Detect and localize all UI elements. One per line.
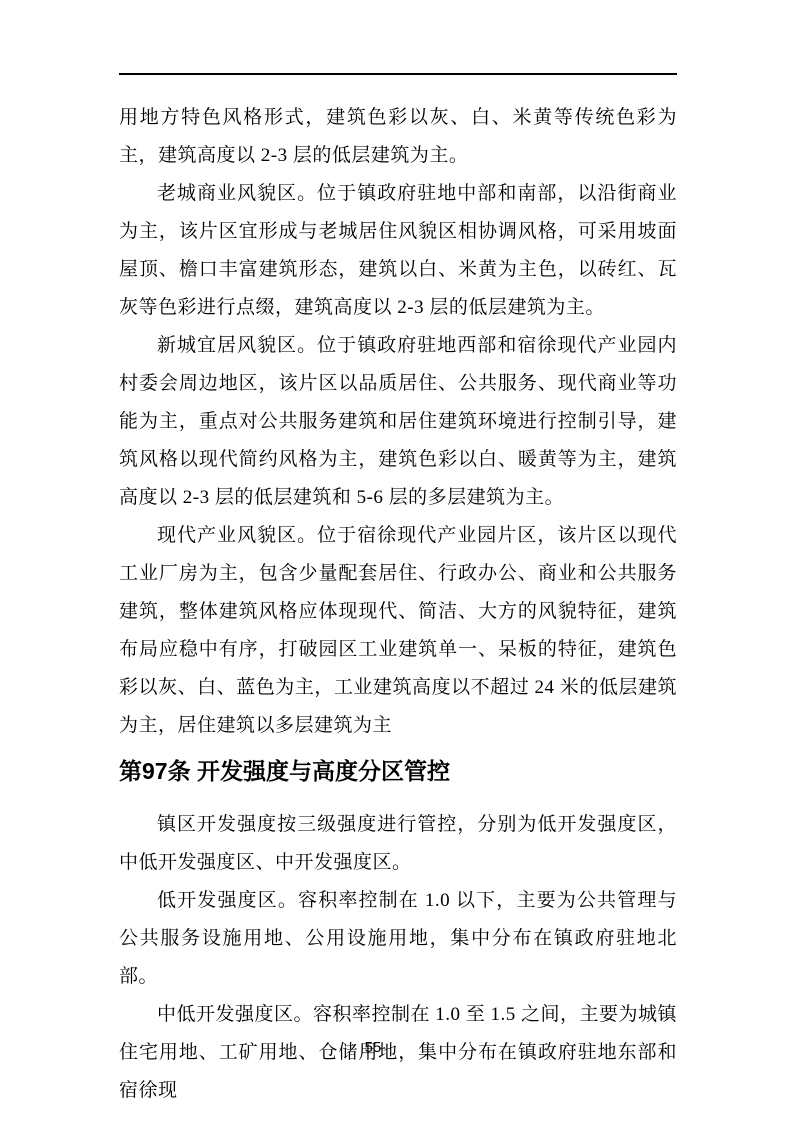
paragraph-low-intensity-zone: 低开发强度区。容积率控制在 1.0 以下，主要为公共管理与公共服务设施用地、公用…: [119, 882, 677, 996]
paragraph-old-town-commercial-style-zone: 老城商业风貌区。位于镇政府驻地中部和南部，以沿街商业为主，该片区宜形成与老城居住…: [119, 175, 677, 327]
header-rule: [119, 73, 677, 75]
page-number: 55: [0, 1038, 746, 1058]
paragraph-continuation: 用地方特色风格形式，建筑色彩以灰、白、米黄等传统色彩为主，建筑高度以 2-3 层…: [119, 99, 677, 175]
document-page: 用地方特色风格形式，建筑色彩以灰、白、米黄等传统色彩为主，建筑高度以 2-3 层…: [0, 0, 794, 1123]
paragraph-new-town-livable-style-zone: 新城宜居风貌区。位于镇政府驻地西部和宿徐现代产业园内村委会周边地区，该片区以品质…: [119, 327, 677, 517]
paragraph-modern-industry-style-zone: 现代产业风貌区。位于宿徐现代产业园片区，该片区以现代工业厂房为主，包含少量配套居…: [119, 517, 677, 745]
paragraph-intensity-control-overview: 镇区开发强度按三级强度进行管控，分别为低开发强度区，中低开发强度区、中开发强度区…: [119, 806, 677, 882]
section-heading-article-97: 第97条 开发强度与高度分区管控: [119, 756, 677, 786]
page-content: 用地方特色风格形式，建筑色彩以灰、白、米黄等传统色彩为主，建筑高度以 2-3 层…: [119, 99, 677, 1110]
